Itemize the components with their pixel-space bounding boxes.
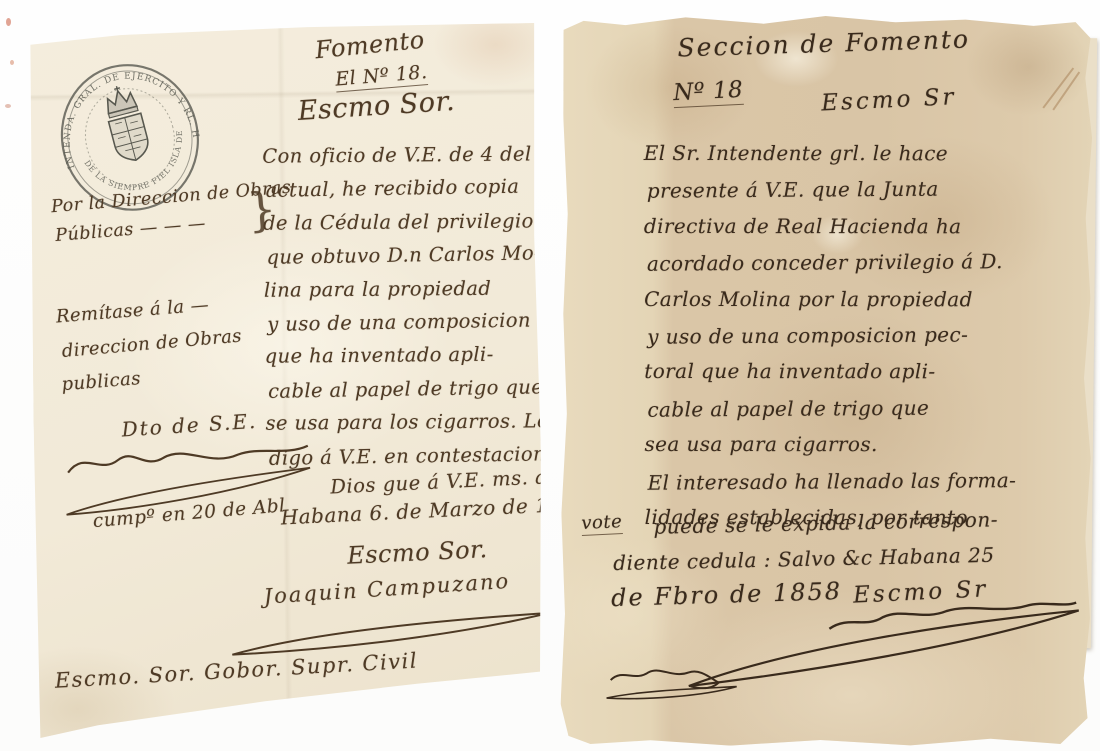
left-header-section: Fomento bbox=[314, 26, 426, 65]
body-line: y uso de una composicion pec- bbox=[647, 316, 1087, 355]
body-line: que obtuvo D.n Carlos Mo- bbox=[266, 236, 567, 274]
margin-brace: } bbox=[245, 181, 279, 237]
dateline: Habana 6. de Marzo de 1858 bbox=[280, 491, 588, 529]
body-line: sea usa para cigarros. bbox=[644, 426, 1084, 463]
scan-speck bbox=[10, 60, 14, 65]
closing-salutation: Escmo Sor. bbox=[347, 535, 489, 570]
body-line: y uso de una composicion bbox=[267, 303, 568, 341]
left-salutation: Escmo Sor. bbox=[297, 86, 456, 127]
body-line: lina para la propiedad bbox=[264, 271, 564, 307]
body-line: actual, he recibido copia bbox=[265, 169, 566, 207]
body-line: que ha inventado apli- bbox=[265, 338, 565, 374]
body-line: toral que ha inventado apli- bbox=[644, 353, 1084, 390]
body-line: presente á V.E. que la Junta bbox=[647, 170, 1087, 209]
margin-resolution-word: vote bbox=[581, 511, 623, 536]
crown-icon bbox=[102, 82, 138, 117]
body-line: de la Cédula del privilegio bbox=[263, 204, 563, 240]
scan-speck bbox=[6, 18, 11, 26]
left-body-text: Con oficio de V.E. de 4 del actual, he r… bbox=[262, 137, 566, 475]
margin-decree-note: Remítase á la — direccion de Obras publi… bbox=[55, 282, 293, 403]
body-line: El Sr. Intendente grl. le hace bbox=[644, 135, 1084, 172]
right-header-section: Seccion de Fomento bbox=[677, 25, 970, 63]
body-line: Con oficio de V.E. de 4 del bbox=[262, 137, 562, 173]
resolution-dateline: de Fbro de 1858 bbox=[611, 577, 843, 612]
left-letter-page: INTENDA. GRAL. DE EJERCITO Y RL. HACDA. … bbox=[29, 23, 545, 738]
secondary-rubric-flourish bbox=[603, 660, 743, 709]
body-line: cable al papel de trigo que bbox=[268, 370, 569, 408]
body-line: cable al papel de trigo que bbox=[647, 388, 1087, 427]
body-line: directiva de Real Hacienda ha bbox=[644, 208, 1084, 245]
corner-ink-mark bbox=[1029, 64, 1083, 114]
body-line: Carlos Molina por la propiedad bbox=[644, 281, 1084, 318]
right-body-text: El Sr. Intendente grl. le hace presente … bbox=[644, 135, 1085, 537]
body-line: El interesado ha llenado las forma- bbox=[647, 461, 1087, 500]
right-salutation: Escmo Sr bbox=[821, 84, 957, 116]
scanned-document: INTENDA. GRAL. DE EJERCITO Y RL. HACDA. … bbox=[0, 0, 1100, 751]
body-line: acordado conceder privilegio á D. bbox=[647, 243, 1087, 282]
right-letter-page: Seccion de Fomento Nº 18 Escmo Sr El Sr.… bbox=[560, 14, 1092, 747]
right-file-number: Nº 18 bbox=[673, 77, 744, 108]
coat-of-arms-shield-icon bbox=[109, 113, 152, 164]
scan-speck bbox=[5, 104, 11, 108]
resolution-line: diente cedula : Salvo &c Habana 25 bbox=[613, 543, 995, 575]
